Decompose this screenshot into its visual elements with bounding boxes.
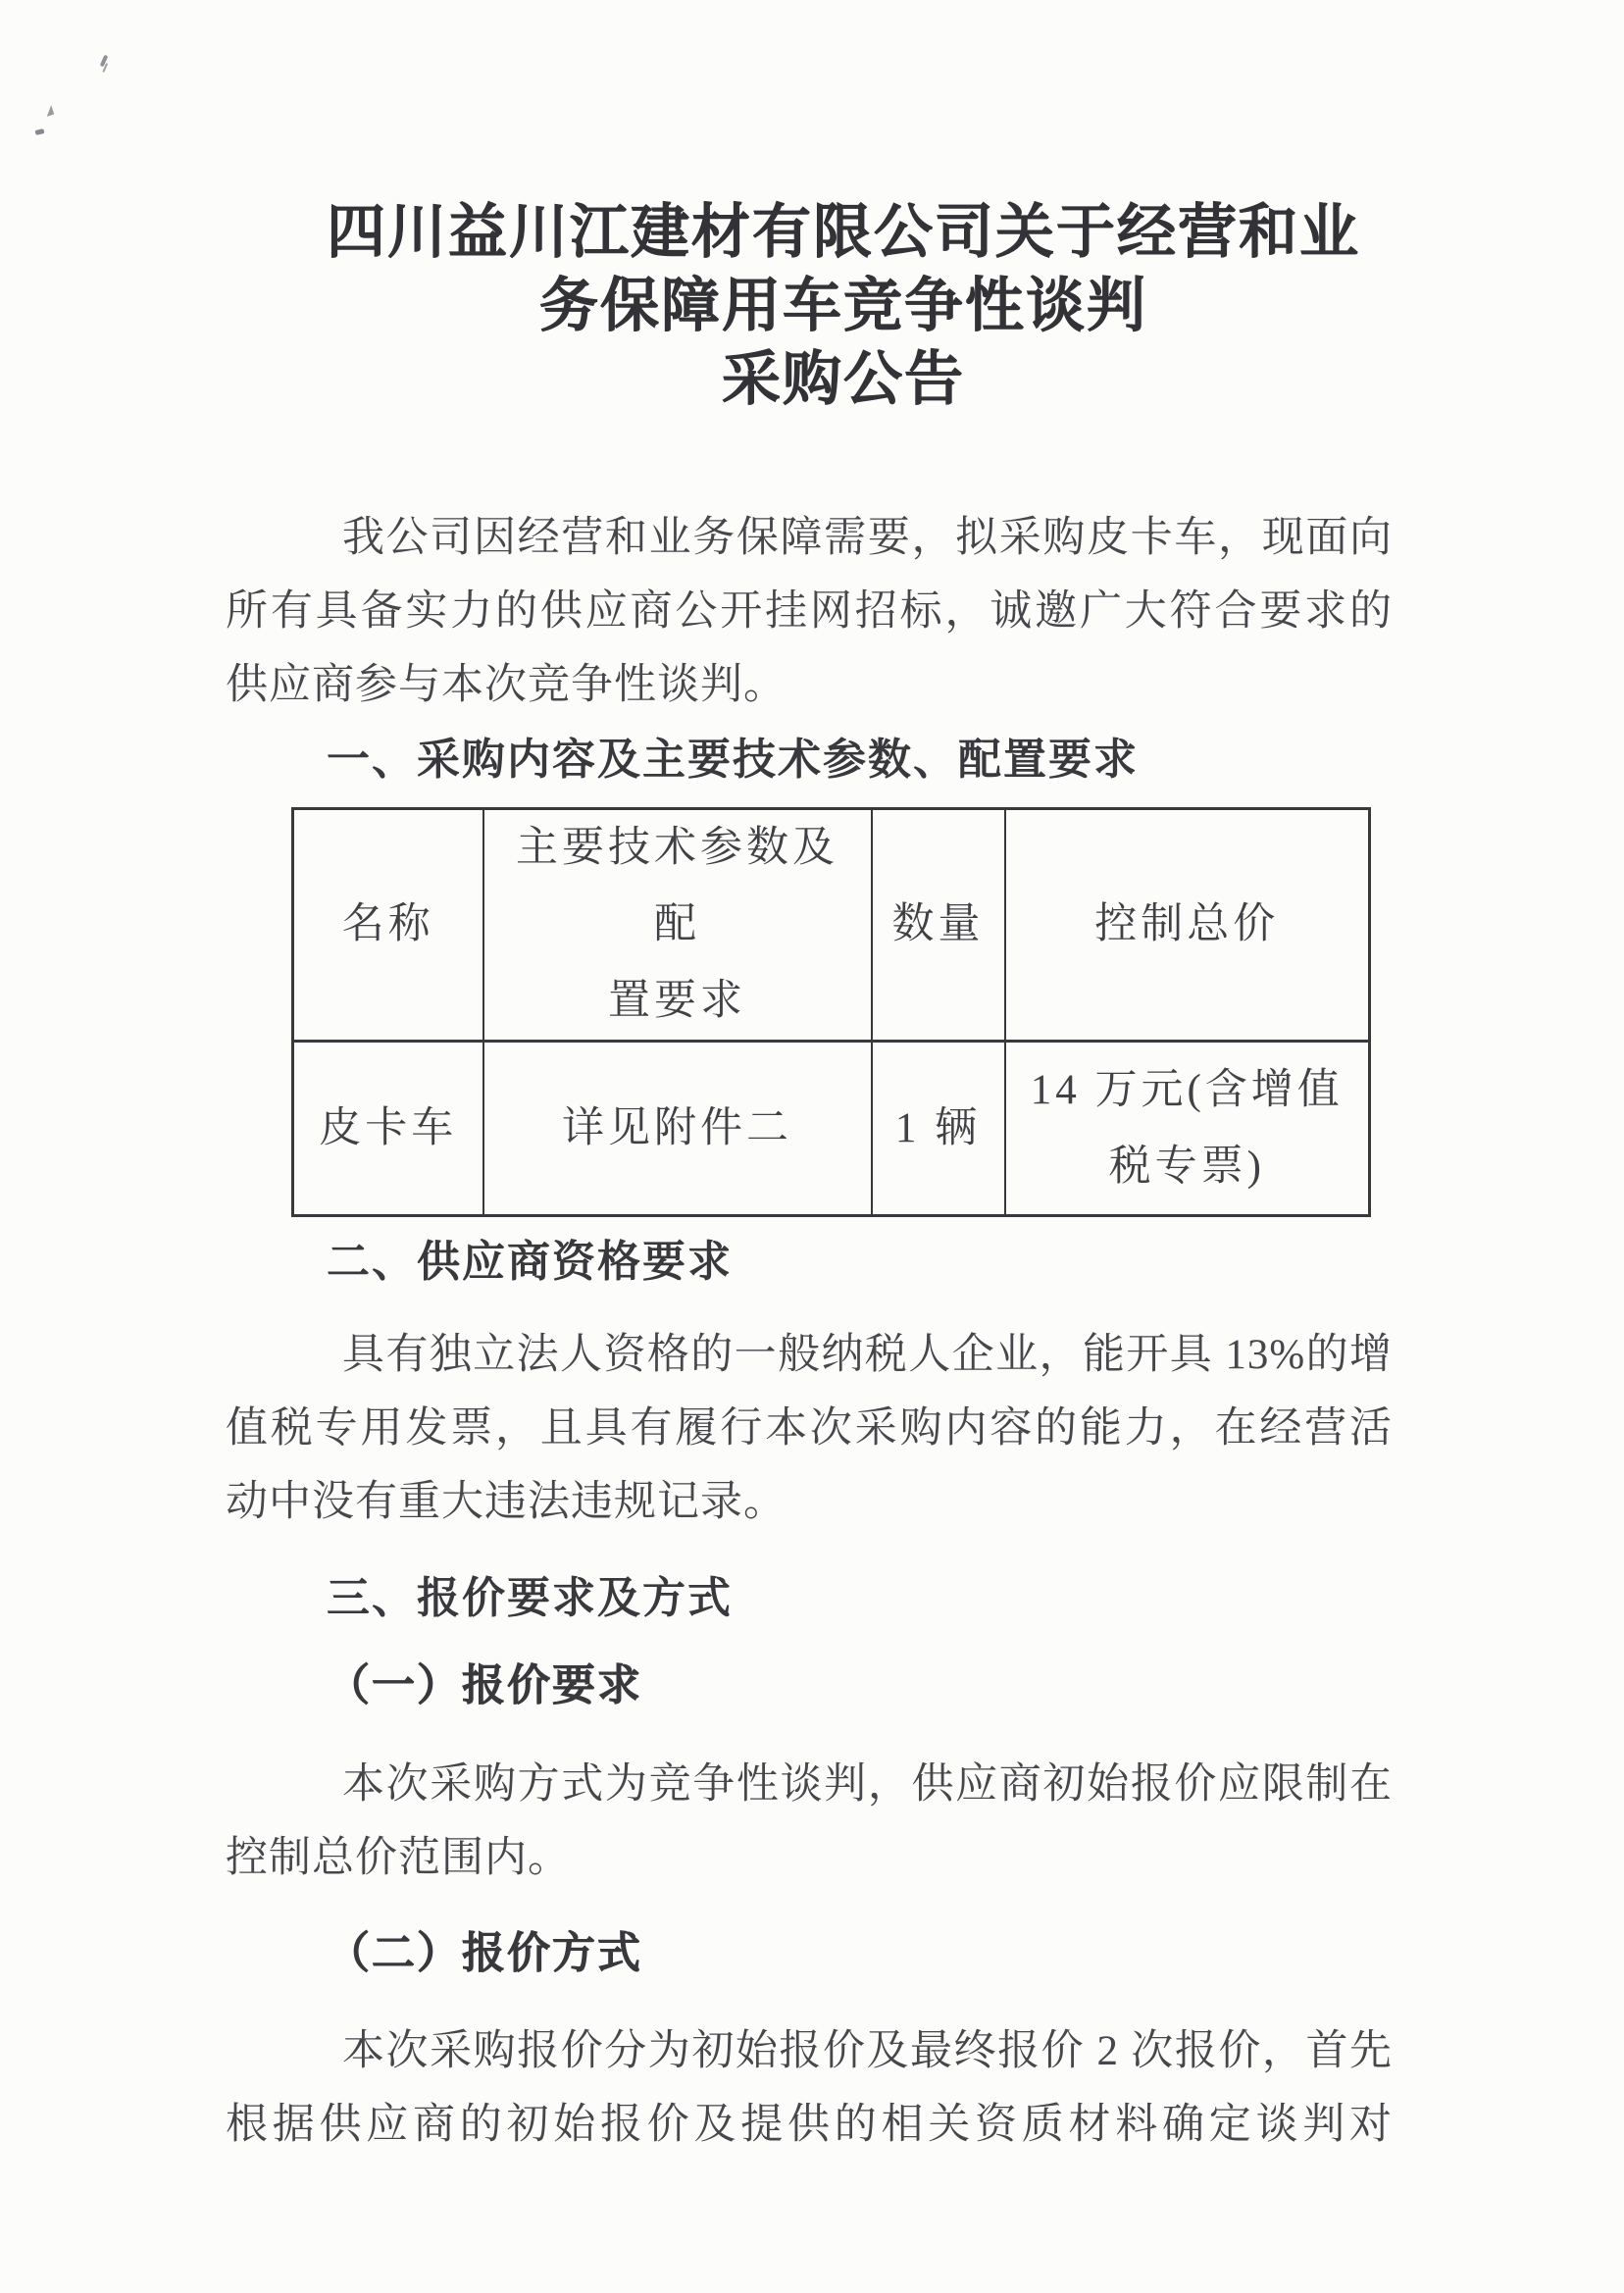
body-line: 本次采购方式为竞争性谈判，供应商初始报价应限制在 [226, 1748, 1393, 1821]
cell-specs: 详见附件二 [483, 1042, 872, 1216]
cell-price: 14 万元(含增值 税专票) [1005, 1042, 1370, 1216]
title-line-3: 采购公告 [294, 343, 1393, 417]
table-header-price: 控制总价 [1005, 809, 1370, 1042]
table-header-specs: 主要技术参数及配 置要求 [483, 809, 872, 1042]
body-line: 控制总价范围内。 [226, 1821, 1393, 1895]
section-heading-2: 二、供应商资格要求 [226, 1225, 1393, 1299]
section-heading-1: 一、采购内容及主要技术参数、配置要求 [226, 723, 1393, 796]
quote-requirement-paragraph: 本次采购方式为竞争性谈判，供应商初始报价应限制在 控制总价范围内。 [226, 1748, 1393, 1895]
intro-paragraph: 我公司因经营和业务保障需要，拟采购皮卡车，现面向 所有具备实力的供应商公开挂网招… [226, 501, 1393, 722]
body-line: 本次采购报价分为初始报价及最终报价 2 次报价，首先 [226, 2014, 1393, 2088]
body-line: 值税专用发票，且具有履行本次采购内容的能力，在经营活 [226, 1392, 1393, 1465]
document-title: 四川益川江建材有限公司关于经营和业 务保障用车竞争性谈判 采购公告 [226, 196, 1393, 417]
body-line: 所有具备实力的供应商公开挂网招标，诚邀广大符合要求的 [226, 575, 1393, 648]
subsection-heading-2: （二）报价方式 [226, 1916, 1393, 1990]
document-page: 四川益川江建材有限公司关于经营和业 务保障用车竞争性谈判 采购公告 我公司因经营… [0, 0, 1624, 2293]
section-heading-3: 三、报价要求及方式 [226, 1561, 1393, 1635]
title-line-2: 务保障用车竞争性谈判 [294, 270, 1393, 343]
cell-name: 皮卡车 [293, 1042, 483, 1216]
spec-table: 名称 主要技术参数及配 置要求 数量 控制总价 皮卡车 详见附件二 1 辆 14… [291, 807, 1371, 1217]
body-line: 根据供应商的初始报价及提供的相关资质材料确定谈判对 [226, 2088, 1393, 2162]
table-row: 皮卡车 详见附件二 1 辆 14 万元(含增值 税专票) [293, 1042, 1370, 1216]
subsection-heading-1: （一）报价要求 [226, 1649, 1393, 1722]
title-line-1: 四川益川江建材有限公司关于经营和业 [294, 196, 1393, 270]
table-header-name: 名称 [293, 809, 483, 1042]
table-header-quantity: 数量 [872, 809, 1005, 1042]
body-line: 具有独立法人资格的一般纳税人企业，能开具 13%的增 [226, 1318, 1393, 1392]
table-header-row: 名称 主要技术参数及配 置要求 数量 控制总价 [293, 809, 1370, 1042]
body-line: 供应商参与本次竞争性谈判。 [226, 648, 1393, 722]
qualification-paragraph: 具有独立法人资格的一般纳税人企业，能开具 13%的增 值税专用发票，且具有履行本… [226, 1318, 1393, 1539]
quote-method-paragraph: 本次采购报价分为初始报价及最终报价 2 次报价，首先 根据供应商的初始报价及提供… [226, 2014, 1393, 2162]
body-line: 我公司因经营和业务保障需要，拟采购皮卡车，现面向 [226, 501, 1393, 575]
cell-quantity: 1 辆 [872, 1042, 1005, 1216]
document-content: 四川益川江建材有限公司关于经营和业 务保障用车竞争性谈判 采购公告 我公司因经营… [0, 0, 1624, 2162]
body-line: 动中没有重大违法违规记录。 [226, 1465, 1393, 1539]
